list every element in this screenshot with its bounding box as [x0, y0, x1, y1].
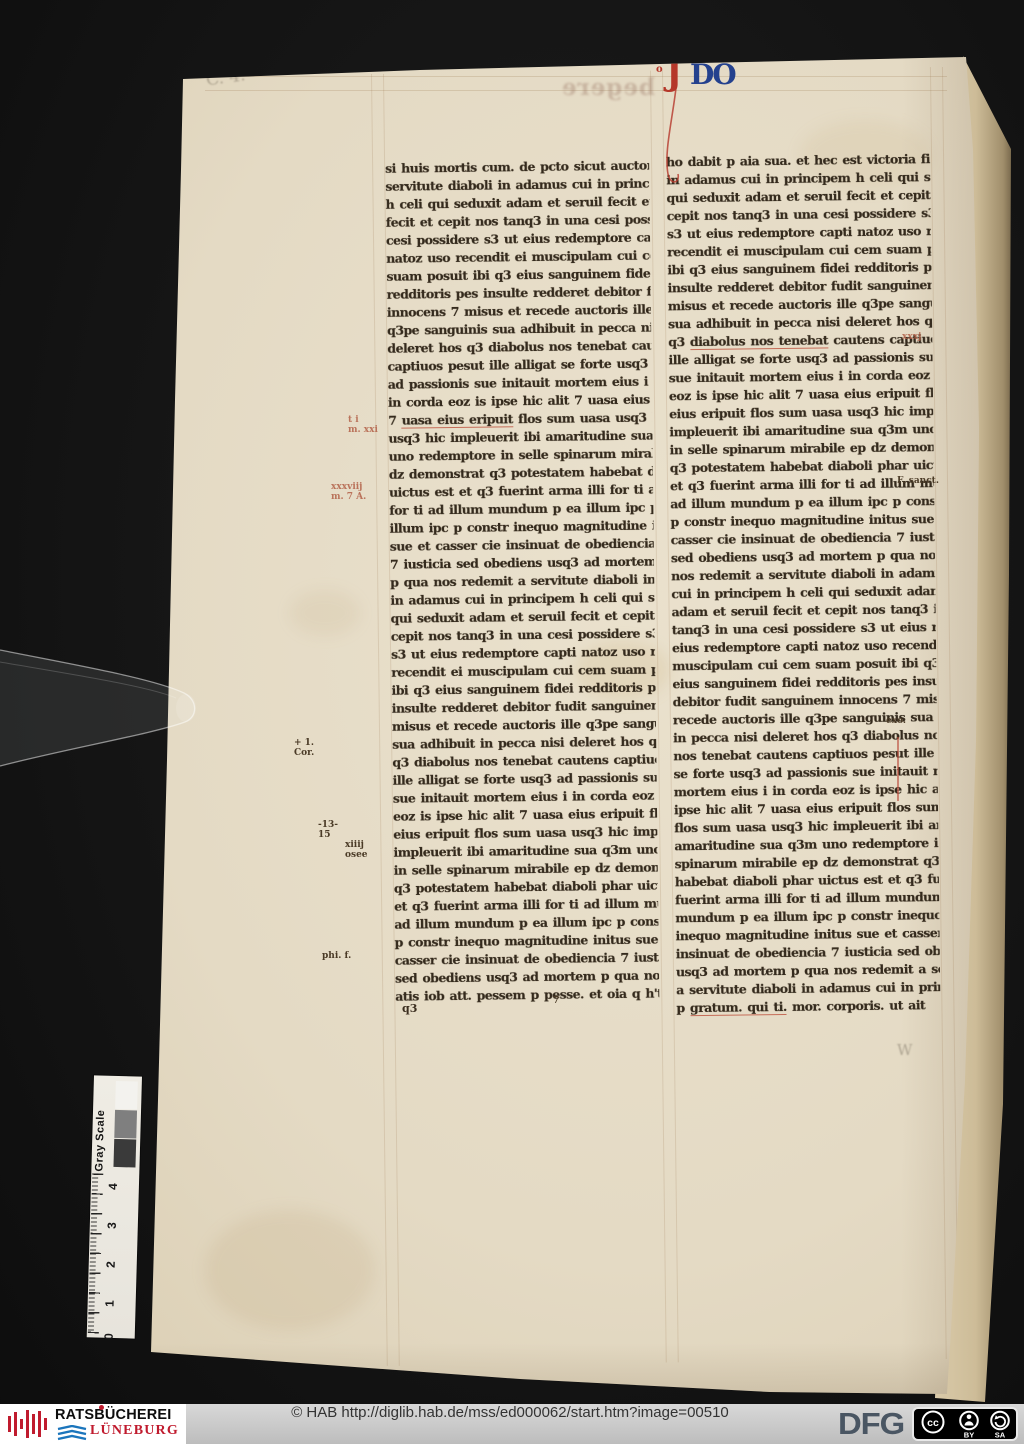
dfg-logo: DFG — [838, 1406, 904, 1442]
ruler-number: 0 — [102, 1326, 116, 1340]
gray-patch — [113, 1139, 136, 1168]
folio-mark: o J DO — [656, 58, 766, 104]
library-city: LÜNEBURG — [90, 1423, 179, 1439]
manuscript-line: atis iob att. pessem p pesse. et oia q h… — [395, 985, 659, 1006]
cc-license-badge: cc BY SA — [912, 1407, 1018, 1441]
parchment-stain — [290, 590, 360, 636]
library-waves-icon — [57, 1425, 87, 1441]
show-through-text: begere — [505, 74, 655, 106]
marginal-note: + 1.Cor. — [294, 738, 314, 759]
marginal-note: 7 — [553, 996, 559, 1006]
marginal-note: exo. — [886, 716, 906, 726]
copyright-url: © HAB http://diglib.hab.de/mss/ed000062/… — [200, 1404, 820, 1444]
ruler-ticks-major — [88, 1173, 103, 1333]
red-underlined-words: uasa eius eripuit — [402, 411, 513, 428]
gray-scale-patches — [94, 1075, 142, 1076]
marginal-note: xiiijosee — [345, 840, 368, 861]
ruler-number: 4 — [106, 1176, 120, 1190]
manuscript-line: p gratum. qui ti. mor. corporis. ut ait — [676, 996, 940, 1017]
ruler-number: 1 — [103, 1293, 117, 1307]
library-name: RATSBÜCHEREI — [55, 1407, 172, 1423]
ruler-numbers: 43210 — [94, 1075, 142, 1076]
catchword: q3 — [402, 1002, 417, 1015]
text-column-left: si huis mortis cum. de pcto sicut auctor… — [385, 157, 659, 1006]
page-holder-clip — [0, 618, 210, 778]
marginal-note: t im. xxi — [348, 415, 378, 436]
ruling-line-vertical — [942, 67, 959, 1359]
umlaut-dot — [99, 1405, 104, 1410]
gray-patch — [115, 1081, 138, 1110]
parchment-stain — [205, 1210, 375, 1330]
cc-by-sa-icons: cc BY SA — [914, 1409, 1016, 1439]
gray-scale-label: Gray Scale — [93, 1079, 108, 1171]
red-underlined-words: gratum. qui ti. — [690, 999, 787, 1016]
by-icon — [960, 1412, 978, 1430]
text-column-right: ho dabit p aia sua. et hec est victoria … — [666, 150, 941, 1017]
photograph-stage: si huis mortis cum. de pcto sicut auctor… — [0, 0, 1024, 1444]
red-nota-line — [897, 737, 899, 801]
pencil-squiggle: W — [897, 1042, 912, 1059]
red-flourish-icon — [658, 82, 698, 192]
pencil-shelfmark: C. 4. — [205, 65, 247, 90]
svg-text:SA: SA — [995, 1431, 1006, 1440]
gray-patch — [114, 1110, 137, 1139]
text-block: si huis mortis cum. de pcto sicut auctor… — [370, 67, 971, 1366]
marginal-note: -13-15 — [318, 820, 338, 841]
footer-bar: RATSBÜCHEREI LÜNEBURG © HAB http://digli… — [0, 1404, 1024, 1444]
svg-text:cc: cc — [927, 1417, 939, 1429]
red-underlined-words: diabolus nos tenebat — [690, 332, 828, 350]
folio-mark-small: o — [656, 64, 663, 75]
library-bars-icon — [6, 1407, 52, 1441]
ruler-number: 3 — [105, 1215, 119, 1229]
gray-scale-ruler: Gray Scale 43210 — [87, 1075, 142, 1338]
ruler-number: 2 — [104, 1254, 118, 1268]
svg-text:BY: BY — [964, 1431, 974, 1440]
library-logo: RATSBÜCHEREI LÜNEBURG — [0, 1404, 186, 1444]
marginal-note: phi. f. — [322, 951, 351, 961]
marginal-note: xxxj — [902, 332, 921, 342]
marginal-note: xxxviijm. 7 A. — [331, 482, 366, 503]
marginal-note: F. sanct. — [897, 476, 939, 486]
